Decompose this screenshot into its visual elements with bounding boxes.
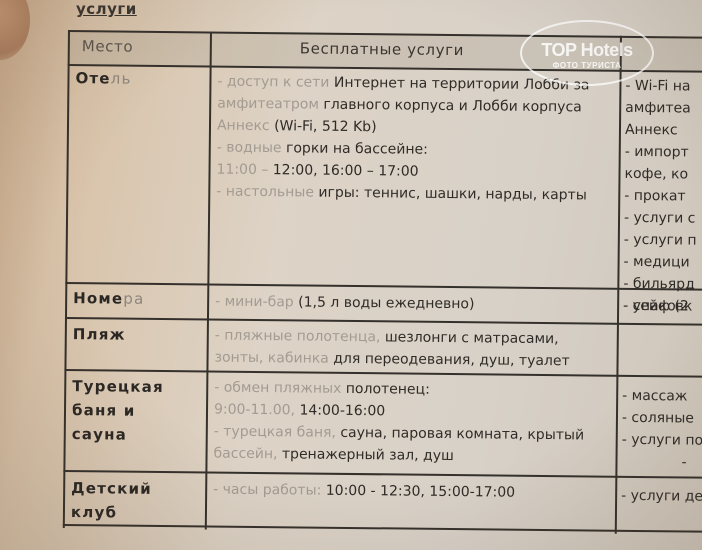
- paid-services-bath: - массаж - соляные - услуги по -: [621, 386, 702, 475]
- table-rule: [65, 317, 702, 326]
- service-line: амфитеа: [625, 98, 698, 119]
- place-rooms: Номера: [73, 286, 144, 311]
- place-hotel: Отель: [75, 66, 131, 91]
- place-label: Детский: [71, 476, 152, 501]
- place-beach: Пляж: [73, 322, 126, 347]
- service-line: - сейф (2: [623, 296, 689, 317]
- place-label: Оте: [75, 69, 110, 87]
- service-line: 11:00 – 12:00, 16:00 – 17:00: [216, 160, 616, 184]
- service-line: - массаж: [622, 386, 702, 407]
- service-line: бассейн, тренажерный зал, душ: [213, 444, 584, 468]
- table-rule: [65, 282, 702, 291]
- service-line: кофе, ко: [624, 164, 697, 185]
- paid-services-hotel: - Wi-Fi на амфитеа Аннекс - импорт кофе,…: [623, 76, 698, 319]
- free-services-beach: - пляжные полотенца, шезлонги с матрасам…: [214, 326, 570, 374]
- service-line: - турецкая баня, сауна, паровая комната,…: [214, 422, 585, 446]
- service-line: Аннекс: [625, 120, 698, 141]
- free-services-bath: - обмен пляжных полотенец: 9:00-11.00, 1…: [213, 378, 584, 470]
- place-label: Номе: [73, 289, 123, 308]
- service-line: - настольные игры: теннис, шашки, нарды,…: [216, 182, 616, 206]
- service-line: - Wi-Fi на: [625, 76, 698, 97]
- section-title: услуги: [76, 0, 137, 18]
- finger-edge: [0, 0, 30, 60]
- service-line: - медици: [623, 252, 696, 273]
- table-rule: [63, 524, 702, 533]
- place-label: Турецкая: [72, 374, 164, 399]
- service-line: - бильярд: [623, 274, 696, 295]
- table-rule: [63, 30, 70, 528]
- service-line: - услуги с: [624, 208, 697, 229]
- service-line: - импорт: [625, 142, 698, 163]
- paid-services-kids-club: - услуги де: [621, 486, 702, 509]
- service-line: - соляные: [622, 408, 702, 429]
- tophotels-watermark: TOP Hotels ФОТО ТУРИСТА: [520, 20, 654, 86]
- place-label: сауна: [72, 422, 164, 447]
- header-place: Место: [82, 36, 134, 57]
- place-label-faded: ль: [111, 69, 132, 87]
- place-label: клуб: [71, 500, 152, 525]
- place-label: баня и: [72, 398, 164, 423]
- service-line: - водные горки на бассейне:: [217, 138, 617, 162]
- place-label-faded: ра: [123, 290, 144, 308]
- service-line: зонты, кабинка для переодевания, душ, ту…: [214, 348, 569, 372]
- service-line: - обмен пляжных полотенец:: [214, 378, 585, 402]
- service-line: - услуги де: [621, 486, 702, 507]
- free-services-kids-club: - часы работы: 10:00 - 12:30, 15:00-17:0…: [213, 480, 515, 505]
- service-line: - пляжные полотенца, шезлонги с матрасам…: [215, 326, 570, 350]
- place-kids-club: Детский клуб: [71, 476, 152, 525]
- service-line: - часы работы: 10:00 - 12:30, 15:00-17:0…: [213, 480, 515, 503]
- service-line: Аннекс (Wi-Fi, 512 Kb): [217, 116, 617, 140]
- header-free-services: Бесплатные услуги: [300, 38, 464, 60]
- place-turkish-bath-sauna: Турецкая баня и сауна: [72, 374, 164, 447]
- place-label: Пляж: [73, 325, 126, 344]
- service-line: - услуги по: [622, 430, 702, 451]
- service-line: -: [621, 452, 702, 473]
- service-line: 9:00-11.00, 14:00-16:00: [214, 400, 585, 424]
- table-rule: [205, 31, 212, 529]
- services-table: Место Бесплатные услуги Отель - доступ к…: [63, 30, 702, 535]
- service-line: - мини-бар (1,5 л воды ежедневно): [215, 292, 475, 315]
- paid-services-rooms: - сейф (2: [623, 296, 689, 319]
- service-line: - услуги п: [624, 230, 697, 251]
- service-line: амфитеатром главного корпуса и Лобби кор…: [217, 94, 617, 118]
- free-services-rooms: - мини-бар (1,5 л воды ежедневно): [215, 292, 475, 317]
- free-services-hotel: - доступ к сети Интернет на территории Л…: [216, 72, 617, 208]
- table-rule: [63, 470, 702, 479]
- watermark-text: TOP Hotels: [522, 40, 652, 61]
- service-line: - прокат: [624, 186, 697, 207]
- watermark-subtext: ФОТО ТУРИСТА: [522, 61, 652, 70]
